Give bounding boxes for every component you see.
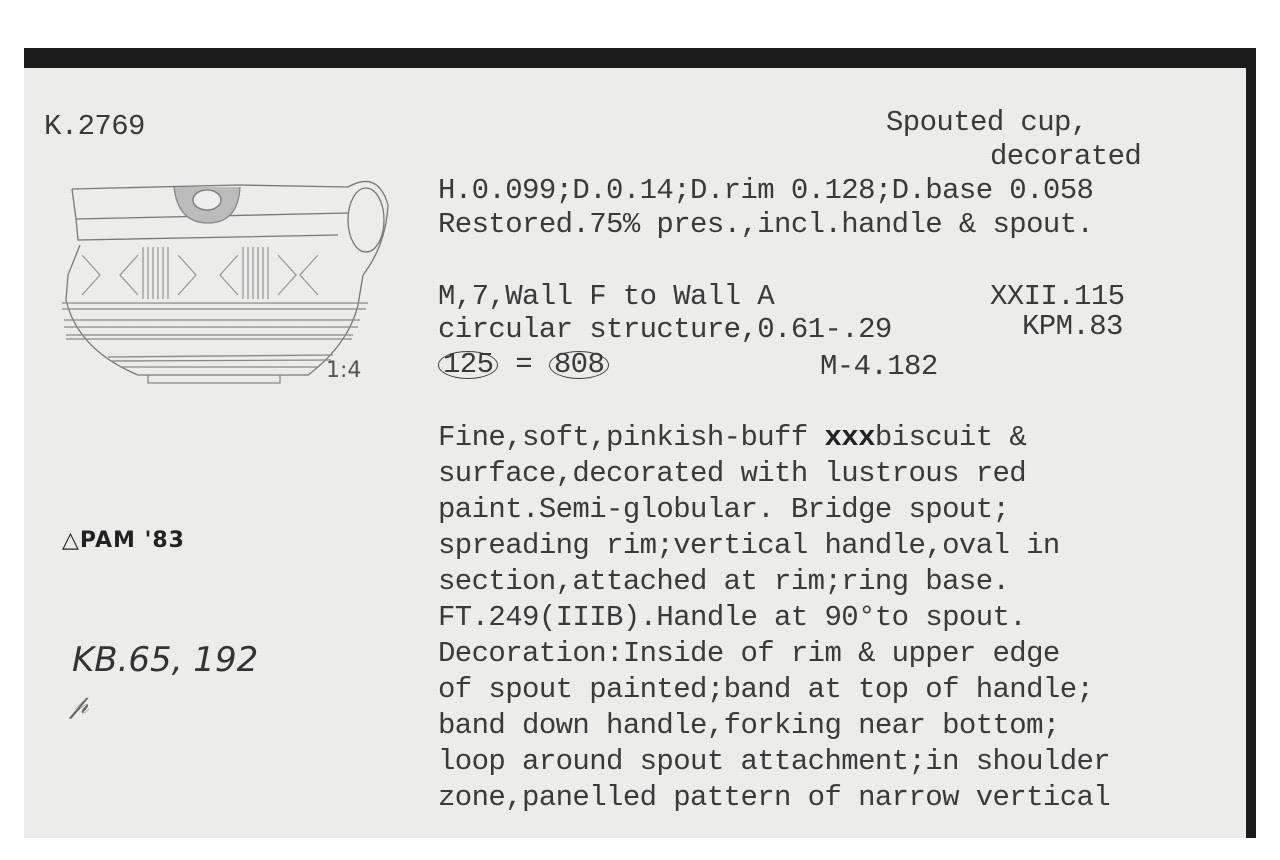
catalogue-number: K.2769 xyxy=(44,112,145,142)
findspot-line-2: circular structure,0.61-.29 xyxy=(438,315,892,345)
dimensions: H.0.099;D.0.14;D.rim 0.128;D.base 0.058 xyxy=(438,176,1093,206)
notebook-ref: XXII.115 xyxy=(990,282,1124,312)
circled-ref-b: 808 xyxy=(549,351,609,379)
preservation: Restored.75% pres.,incl.handle & spout. xyxy=(438,210,1093,240)
inventory-ref: KPM.83 xyxy=(1022,312,1123,342)
handwritten-mark: 𝓅 xyxy=(70,690,89,721)
object-title: Spouted cup, xyxy=(886,108,1088,138)
cross-reference: 125 = 808 xyxy=(438,350,609,380)
description: Fine,soft,pinkish-buff xxxbiscuit &surfa… xyxy=(438,420,1110,816)
handwritten-pam-note: △PAM '83 xyxy=(62,528,185,553)
handwritten-kb-ref: KB.65, 192 xyxy=(72,640,258,680)
circled-ref-a: 125 xyxy=(438,351,498,379)
drawing-scale: 1:4 xyxy=(326,358,361,383)
object-subtitle: decorated xyxy=(990,142,1141,172)
findspot-line-1: M,7,Wall F to Wall A xyxy=(438,282,774,312)
context-ref: M-4.182 xyxy=(820,352,938,382)
struck-text: xxx xyxy=(824,421,874,454)
